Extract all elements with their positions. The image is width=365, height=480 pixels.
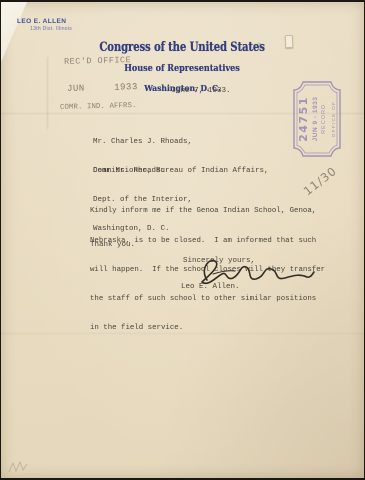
letter-paper: LEO E. ALLEN 13th Dist. Illinois Congres…	[1, 2, 364, 478]
masthead-line1: Congress of the United States	[100, 40, 265, 55]
body-line: the staff of such school to other simila…	[90, 295, 325, 305]
body-line: Kindly inform me if the Genoa Indian Sch…	[90, 207, 325, 217]
pencil-squiggle-mark	[7, 459, 31, 475]
received-office-stamp-line2: JUN 1933	[67, 82, 138, 94]
record-stamp-office: OFFICE OF	[332, 79, 337, 159]
sender-district: 13th Dist. Illinois	[30, 26, 72, 32]
masthead-line2: House of Representatives	[125, 63, 241, 74]
received-office-stamp-line1: REC'D OFFICE	[64, 55, 131, 67]
record-stamp-number: 24751	[297, 79, 310, 159]
recipient-line: Mr. Charles J. Rhoads,	[93, 138, 269, 148]
body-line: in the field service.	[90, 324, 325, 334]
typed-signature-name: Leo E. Allen.	[181, 283, 240, 291]
salutation: Dear Mr. Rhoads:	[93, 167, 165, 175]
record-stamp-date: JUN 9 - 1933	[312, 79, 319, 159]
letter-date: June 7, 1933.	[156, 87, 246, 95]
received-office-stamp-line3: COMR. IND. AFFRS.	[60, 102, 137, 112]
indian-affairs-record-stamp: 24751 JUN 9 - 1933 RECORD OFFICE OF	[290, 79, 344, 159]
record-stamp-face: 24751 JUN 9 - 1933 RECORD OFFICE OF	[290, 79, 344, 159]
sender-name: LEO E. ALLEN	[17, 18, 66, 25]
record-stamp-label: RECORD	[321, 79, 327, 159]
thank-you-line: Thank you.	[90, 241, 135, 249]
